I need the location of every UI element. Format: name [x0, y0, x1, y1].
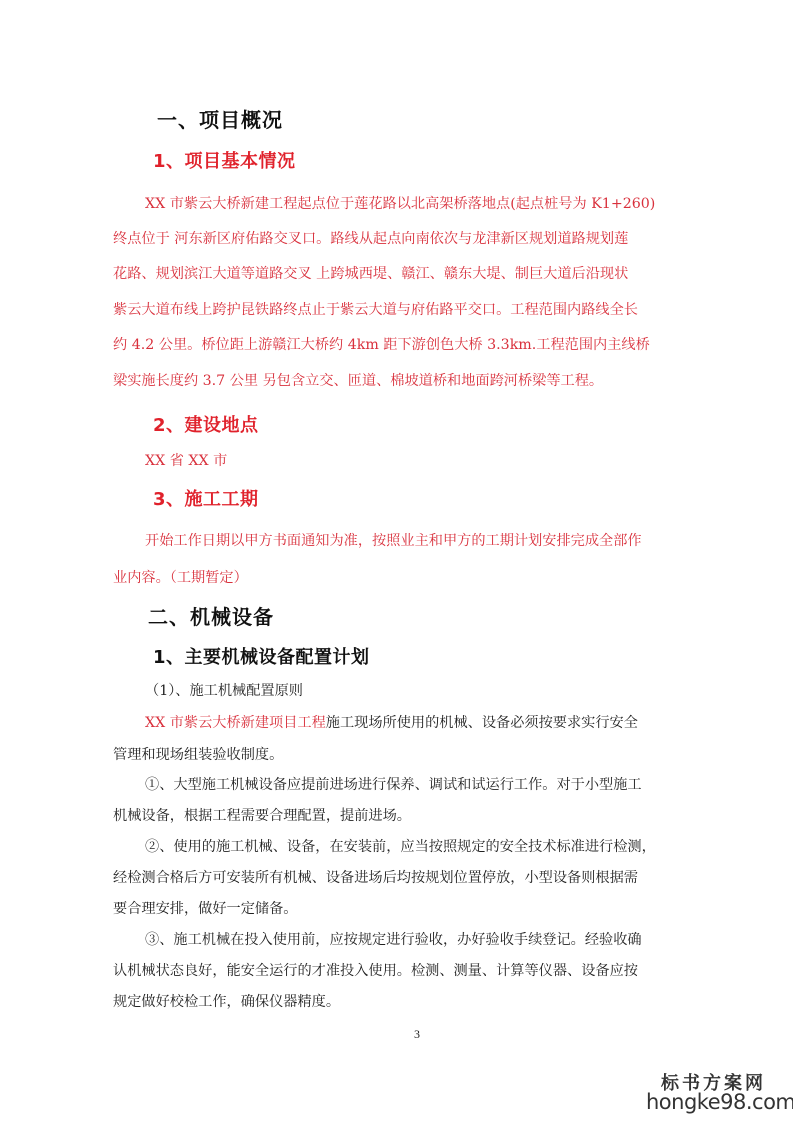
document-page: 一、项目概况 1、项目基本情况 XX 市紫云大桥新建工程起点位于莲花路以北高架桥… [0, 0, 793, 1122]
project-name-highlight: XX 市紫云大桥新建项目工程 [145, 715, 326, 731]
subheading-construction-period: 3、施工工期 [153, 485, 259, 511]
page-number: 3 [414, 1027, 420, 1042]
point-1-line: 机械设备，根据工程需要合理配置，提前进场。 [113, 805, 703, 825]
watermark-url: hongke98.com [646, 1090, 793, 1114]
point-3-line: 规定做好校检工作，确保仪器精度。 [113, 991, 703, 1011]
subheading-construction-site: 2、建设地点 [153, 411, 259, 437]
paragraph-line: 业内容。（工期暂定） [113, 567, 703, 587]
paragraph-line: 花路、规划滨江大道等道路交叉 上跨城西堤、赣江、赣东大堤、制巨大道后沿现状 [113, 263, 703, 283]
point-3-line: ③、施工机械在投入使用前，应按规定进行验收，办好验收手续登记。经验收确 [145, 929, 735, 949]
point-2-line: ②、使用的施工机械、设备，在安装前，应当按照规定的安全技术标准进行检测， [145, 836, 735, 856]
paragraph-line: XX 市紫云大桥新建工程起点位于莲花路以北高架桥落地点(起点桩号为 K1+260… [145, 193, 735, 213]
point-3-line: 认机械状态良好，能安全运行的才准投入使用。检测、测量、计算等仪器、设备应按 [113, 960, 703, 980]
section-heading-machinery: 二、机械设备 [148, 601, 274, 630]
section-heading-project-overview: 一、项目概况 [157, 104, 283, 133]
subheading-project-basics: 1、项目基本情况 [153, 147, 296, 173]
paragraph-line: 终点位于 河东新区府佑路交叉口。路线从起点向南依次与龙津新区规划道路规划莲 [113, 228, 703, 248]
construction-site-text: XX 省 XX 市 [145, 450, 735, 470]
paragraph-line: XX 市紫云大桥新建项目工程施工现场所使用的机械、设备必须按要求实行安全 [145, 712, 735, 732]
subheading-machinery-plan: 1、主要机械设备配置计划 [153, 643, 370, 669]
point-1-line: ①、大型施工机械设备应提前进场进行保养、调试和试运行工作。对于小型施工 [145, 774, 735, 794]
paragraph-line: 梁实施长度约 3.7 公里 另包含立交、匝道、棉坡道桥和地面跨河桥梁等工程。 [113, 370, 703, 390]
item-title-machinery-principles: （1）、施工机械配置原则 [145, 680, 735, 700]
paragraph-line: 管理和现场组装验收制度。 [113, 744, 703, 764]
paragraph-text: 施工现场所使用的机械、设备必须按要求实行安全 [326, 715, 638, 731]
point-2-line: 要合理安排，做好一定储备。 [113, 898, 703, 918]
point-2-line: 经检测合格后方可安装所有机械、设备进场后均按规划位置停放，小型设备则根据需 [113, 867, 703, 887]
paragraph-line: 开始工作日期以甲方书面通知为准，按照业主和甲方的工期计划安排完成全部作 [145, 530, 735, 550]
paragraph-line: 紫云大道布线上跨护昆铁路终点止于紫云大道与府佑路平交口。工程范围内路线全长 [113, 299, 703, 319]
paragraph-line: 约 4.2 公里。桥位距上游赣江大桥约 4km 距下游创色大桥 3.3km.工程… [113, 334, 703, 354]
